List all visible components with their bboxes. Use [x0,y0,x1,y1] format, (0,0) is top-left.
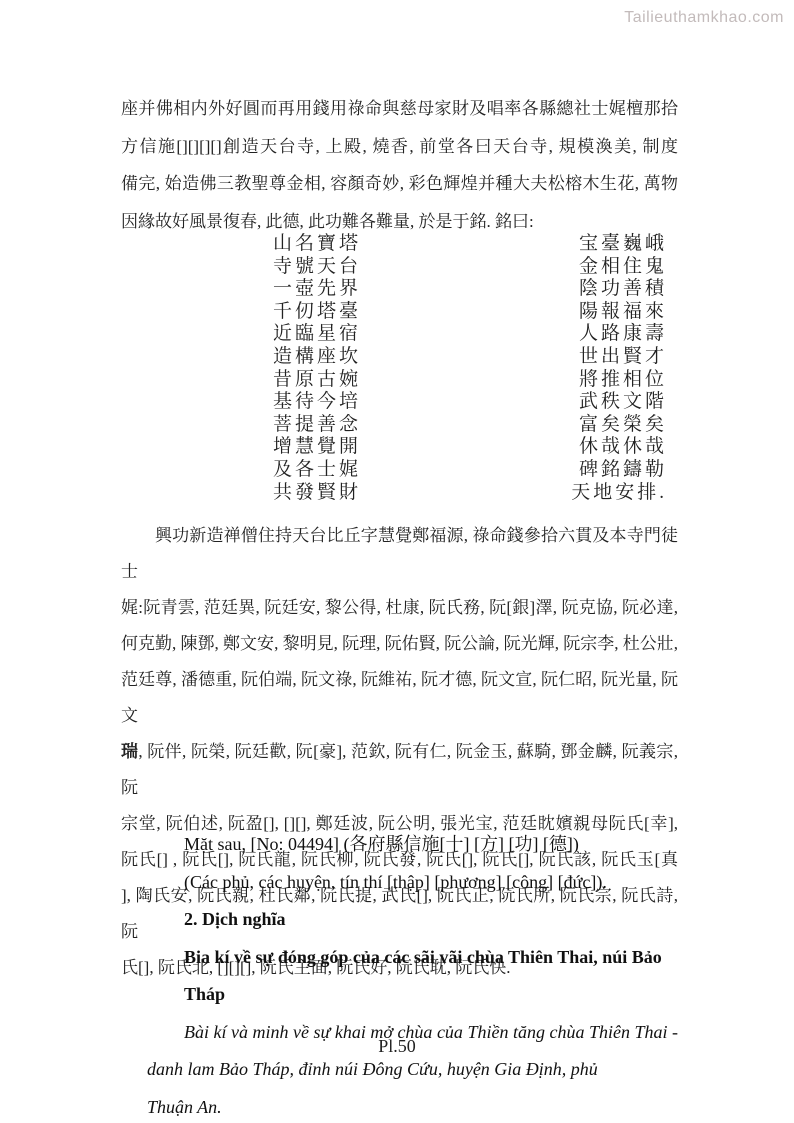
back-side-note: Mặt sau, [No: 04494] (各府縣信施[十] [方] [功] [… [184,826,678,864]
page-number: Pl.50 [0,1036,794,1057]
verse-right-column-text: 將推相位 [579,369,667,392]
translation-italic-line-2: danh lam Bảo Tháp, đỉnh núi Đông Cứu, hu… [147,1051,627,1123]
verse-row: 造構座坎世出賢才 [273,346,667,369]
bold-character: 瑞 [121,742,138,761]
verse-left-column-text: 共發賢財 [273,482,361,505]
section-heading: 2. Dịch nghĩa [184,901,678,939]
verse-left-column-text: 造構座坎 [273,346,361,369]
verse-right-column-text: 人路康壽 [579,323,667,346]
verse-left-column-text: 昔原古婉 [273,369,361,392]
paragraph2-line: 娓:阮青雲, 范廷異, 阮廷安, 黎公得, 杜康, 阮氏務, 阮[銀]澤, 阮克… [121,590,678,626]
verse-row: 增慧覺開休哉休哉 [273,436,667,459]
verse-right-column-text: 金相住鬼 [579,256,667,279]
verse-right-column-text: 陽報福來 [579,301,667,324]
verse-right-column-text: 陰功善積 [579,278,667,301]
verse-left-column-text: 千仞塔臺 [273,301,361,324]
verse-row: 昔原古婉將推相位 [273,369,667,392]
document-page: Tailieuthamkhao.com 座并佛相内外好圓而再用錢用祿命與慈母家財… [0,0,794,1123]
chinese-paragraph-1: 座并佛相内外好圓而再用錢用祿命與慈母家財及唱率各縣總社士娓檀那拾方信施[][][… [121,90,678,240]
verse-row: 基待今培武秩文階 [273,391,667,414]
verse-left-column-text: 增慧覺開 [273,436,361,459]
paragraph1-line: 座并佛相内外好圓而再用錢用祿命與慈母家財及唱率各縣總社士娓檀那拾 [121,90,678,128]
verse-right-column-text: 富矣榮矣 [579,414,667,437]
verse-left-column-text: 山名寶塔 [273,233,361,256]
chinese-verse-couplets: 山名寶塔宝臺巍峨寺號天台金相住鬼一壺先界陰功善積千仞塔臺陽報福來近臨星宿人路康壽… [273,233,667,504]
verse-row: 菩提善念富矣榮矣 [273,414,667,437]
watermark-text: Tailieuthamkhao.com [624,9,784,27]
verse-left-column-text: 及各士娓 [273,459,361,482]
verse-left-column-text: 一壺先界 [273,278,361,301]
verse-row: 千仞塔臺陽報福來 [273,301,667,324]
verse-row: 寺號天台金相住鬼 [273,256,667,279]
verse-row: 一壺先界陰功善積 [273,278,667,301]
verse-right-column-text: 武秩文階 [579,391,667,414]
paragraph1-line: 方信施[][][][]創造天台寺, 上殿, 燒香, 前堂各曰天台寺, 規模渙美,… [121,128,678,166]
gloss-note: (Các phủ, các huyện, tín thí [thập] [phư… [184,864,678,902]
verse-right-column-text: 世出賢才 [579,346,667,369]
verse-row: 及各士娓碑銘鑄勒 [273,459,667,482]
verse-left-column-text: 寺號天台 [273,256,361,279]
verse-row: 共發賢財天地安排. [273,482,667,505]
verse-right-column-text: 天地安排. [571,482,667,505]
verse-right-column-text: 碑銘鑄勒 [579,459,667,482]
verse-right-column-text: 宝臺巍峨 [579,233,667,256]
paragraph2-line: 何克勤, 陳鄧, 鄭文安, 黎明見, 阮理, 阮佑賢, 阮公論, 阮光輝, 阮宗… [121,626,678,662]
paragraph2-line: 興功新造禅僧住持天台比丘字慧覺鄭福源, 祿命錢參拾六貫及本寺門徒士 [121,518,678,590]
verse-left-column-text: 菩提善念 [273,414,361,437]
translation-section: Mặt sau, [No: 04494] (各府縣信施[十] [方] [功] [… [121,826,678,1123]
verse-row: 山名寶塔宝臺巍峨 [273,233,667,256]
paragraph1-line: 備完, 始造佛三教聖尊金相, 容顏奇妙, 彩色輝煌并種大夫松榕木生花, 萬物 [121,165,678,203]
paragraph2-line: 瑞, 阮伴, 阮榮, 阮廷歡, 阮[豪], 范欽, 阮有仁, 阮金玉, 蘇騎, … [121,734,678,806]
verse-row: 近臨星宿人路康壽 [273,323,667,346]
paragraph2-line: 范廷尊, 潘德重, 阮伯端, 阮文祿, 阮維祐, 阮才德, 阮文宣, 阮仁昭, … [121,662,678,734]
verse-left-column-text: 基待今培 [273,391,361,414]
verse-left-column-text: 近臨星宿 [273,323,361,346]
verse-right-column-text: 休哉休哉 [579,436,667,459]
translation-title: Bia kí về sự đóng góp của các sãi vãi ch… [184,939,678,1014]
